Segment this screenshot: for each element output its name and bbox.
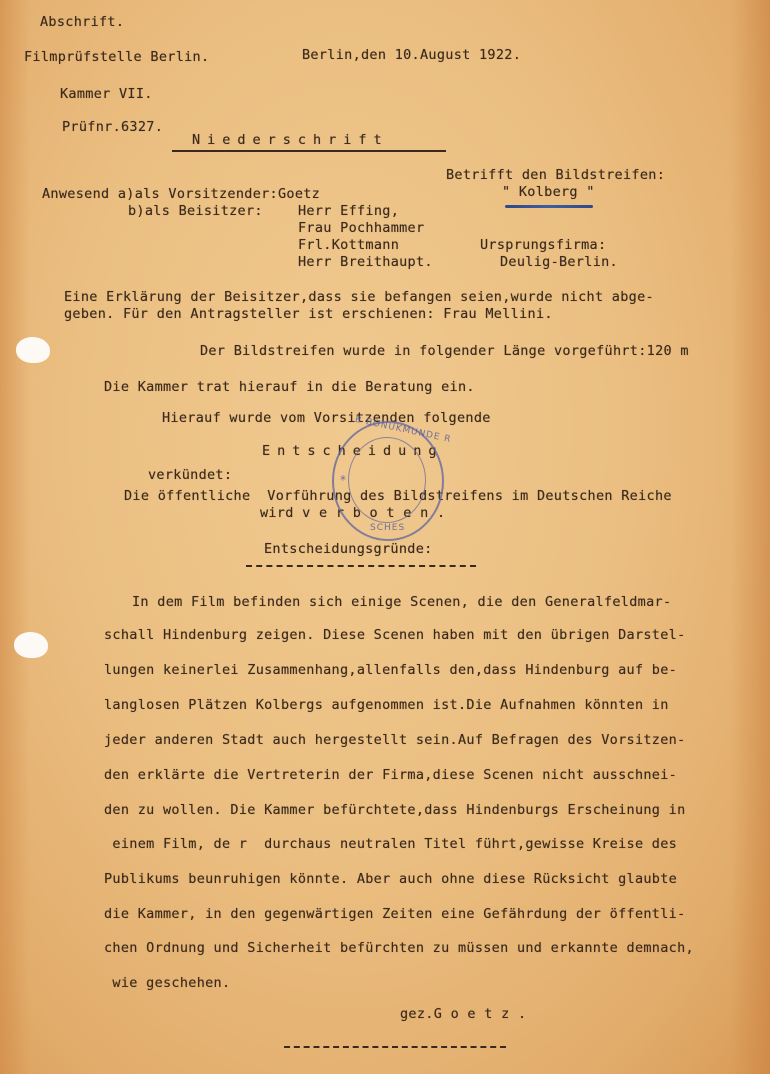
subject-label: Betrifft den Bildstreifen:: [446, 167, 665, 183]
reasons-line: jeder anderen Stadt auch hergestellt sei…: [104, 732, 686, 748]
length-statement: Der Bildstreifen wurde in folgender Läng…: [200, 343, 689, 359]
signature: gez.G o e t z .: [400, 1006, 526, 1022]
reasons-line: den zu wollen. Die Kammer befürchtete,da…: [104, 802, 686, 818]
signature-underline: [284, 1046, 506, 1048]
reasons-heading: Entscheidungsgründe:: [264, 541, 433, 557]
reasons-line: schall Hindenburg zeigen. Diese Scenen h…: [104, 627, 686, 643]
reasons-line: langlosen Plätzen Kolbergs aufgenommen i…: [104, 697, 669, 713]
reasons-line: chen Ordnung und Sicherheit befürchten z…: [104, 940, 694, 956]
punch-hole: [16, 337, 50, 363]
title-underline: [172, 150, 446, 152]
paper-edge-shading: [730, 0, 770, 1074]
bias-statement: geben. Für den Antragsteller ist erschie…: [64, 306, 553, 322]
reasons-line: Publikums beunruhigen könnte. Aber auch …: [104, 871, 677, 887]
film-title: " Kolberg ": [502, 184, 595, 200]
paper-edge-shading: [0, 0, 30, 1074]
blue-pencil-underline: [505, 205, 593, 208]
place-date: Berlin,den 10.August 1922.: [302, 47, 521, 63]
reasons-line: die Kammer, in den gegenwärtigen Zeiten …: [104, 906, 686, 922]
origin-company: Deulig-Berlin.: [500, 254, 618, 270]
assessor: Herr Breithaupt.: [298, 254, 433, 270]
chamber: Kammer VII.: [60, 86, 153, 102]
document-page: Abschrift. Filmprüfstelle Berlin. Berlin…: [0, 0, 770, 1074]
issuing-office: Filmprüfstelle Berlin.: [24, 49, 209, 65]
announcement-intro: Hierauf wurde vom Vorsitzenden folgende: [162, 410, 491, 426]
chair-line: Anwesend a)als Vorsitzender:Goetz: [42, 186, 320, 202]
reasons-heading-underline: [246, 565, 476, 567]
bias-statement: Eine Erklärung der Beisitzer,dass sie be…: [64, 289, 654, 305]
origin-label: Ursprungsfirma:: [480, 237, 606, 253]
copy-label: Abschrift.: [40, 14, 124, 30]
stamp-inner-ring: [348, 437, 426, 523]
reasons-line: einem Film, de r durchaus neutralen Tite…: [104, 836, 677, 852]
reasons-line: In dem Film befinden sich einige Scenen,…: [132, 594, 671, 610]
reasons-line: lungen keinerlei Zusammenhang,allenfalls…: [104, 662, 677, 678]
assessors-label: b)als Beisitzer:: [128, 203, 263, 219]
archive-stamp: B BONUKMUNDE R SCHES *: [332, 421, 444, 541]
reasons-line: den erklärte die Vertreterin der Firma,d…: [104, 767, 677, 783]
assessor: Frl.Kottmann: [298, 237, 399, 253]
stamp-star-icon: *: [340, 473, 347, 487]
reasons-line: wie geschehen.: [104, 975, 230, 991]
assessor: Herr Effing,: [298, 203, 399, 219]
stamp-bottom-text: SCHES: [370, 523, 405, 533]
punch-hole: [14, 632, 48, 658]
announced-label: verkündet:: [148, 467, 232, 483]
document-title: Niederschrift: [192, 132, 389, 148]
assessor: Frau Pochhammer: [298, 220, 424, 236]
deliberation-statement: Die Kammer trat hierauf in die Beratung …: [104, 379, 475, 395]
case-number: Prüfnr.6327.: [62, 119, 163, 135]
